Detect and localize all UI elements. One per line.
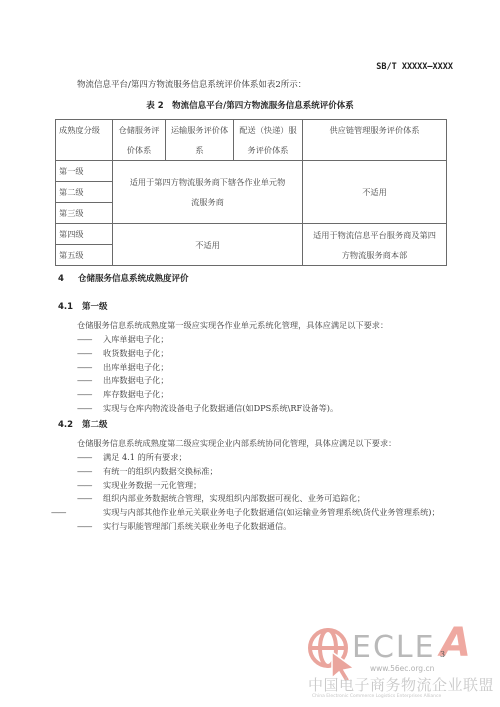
watermark-accent-letter: A [440, 620, 471, 666]
list-item: ——实现与仓库内物流设备电子化数据通信(如DPS系统\RF设备等)。 [77, 402, 338, 416]
header-delivery: 配送（快递）服务评价体系 [234, 120, 303, 161]
section-4-heading: 4仓储服务信息系统成熟度评价 [58, 272, 189, 284]
dash-marker: —— [77, 374, 103, 388]
cell-levels-4-5-service: 不适用 [113, 224, 303, 266]
dash-marker: —— [77, 451, 103, 465]
section-4-2-heading: 4.2第二级 [58, 418, 108, 430]
evaluation-table: 成熟度分级 仓储服务评价体系 运输服务评价体系 配送（快递）服务评价体系 供应链… [55, 119, 447, 266]
list-item: ——组织内部业务数据统合管理，实现组织内部数据可视化、业务可追踪化； [77, 492, 473, 506]
list-item: ——实现业务数据一元化管理； [77, 479, 473, 493]
section-title: 仓储服务信息系统成熟度评价 [78, 274, 189, 284]
intro-paragraph: 物流信息平台/第四方物流服务信息系统评价体系如表2所示： [77, 78, 306, 90]
table-row: 第四级 不适用 适用于物流信息平台服务商及第四方物流服务商本部 [56, 224, 447, 245]
list-item: ——收货数据电子化； [77, 347, 338, 361]
list-item: ——库存数据电子化； [77, 388, 338, 402]
section-4-1-requirements: ——入库单据电子化； ——收货数据电子化； ——出库单据电子化； ——出库数据电… [77, 333, 338, 416]
list-item: ——出库数据电子化； [77, 374, 338, 388]
level-4: 第四级 [56, 224, 113, 245]
watermark-url: www.56ec.org.cn [370, 664, 434, 673]
section-number: 4 [58, 274, 78, 284]
subsection-title: 第一级 [82, 302, 108, 312]
dash-marker: —— [77, 506, 103, 520]
subsection-number: 4.1 [58, 302, 82, 312]
section-4-1-heading: 4.1第一级 [58, 300, 108, 312]
subsection-title: 第二级 [82, 420, 108, 430]
section-4-2-lead: 仓储服务信息系统成熟度第二级应实现企业内部系统协同化管理，具体应满足以下要求： [77, 437, 396, 451]
page-number: 3 [440, 650, 445, 659]
dash-marker: —— [77, 333, 103, 347]
list-item: ——满足 4.1 的所有要求； [77, 451, 473, 465]
section-4-1-lead: 仓储服务信息系统成熟度第一级应实现各作业单元系统化管理，具体应满足以下要求： [77, 319, 388, 333]
dash-marker: —— [77, 465, 103, 479]
dash-marker: —— [77, 492, 103, 506]
header-warehouse: 仓储服务评价体系 [113, 120, 166, 161]
table-caption: 表 2 物流信息平台/第四方物流服务信息系统评价体系 [0, 99, 500, 111]
cell-levels-1-3-supply-chain: 不适用 [303, 161, 447, 224]
cell-levels-4-5-supply-chain: 适用于物流信息平台服务商及第四方物流服务商本部 [303, 224, 447, 266]
list-item: ——实行与职能管理部门系统关联业务电子化数据通信。 [77, 520, 473, 534]
dash-marker: —— [77, 479, 103, 493]
dash-marker: —— [77, 388, 103, 402]
section-4-2-requirements: ——满足 4.1 的所有要求； ——有统一的组织内数据交换标准； ——实现业务数… [77, 451, 473, 534]
subsection-number: 4.2 [58, 420, 82, 430]
list-item: ——入库单据电子化； [77, 333, 338, 347]
header-transport: 运输服务评价体系 [166, 120, 234, 161]
dash-marker: —— [77, 347, 103, 361]
header-maturity-level: 成熟度分级 [56, 120, 113, 161]
watermark-letters: ECLE [352, 630, 436, 665]
level-3: 第三级 [56, 203, 113, 224]
level-2: 第二级 [56, 182, 113, 203]
header-supply-chain: 供应链管理服务评价体系 [303, 120, 447, 161]
dash-marker: —— [77, 402, 103, 416]
standard-code: SB/T XXXXX—XXXX [376, 62, 453, 72]
table-row: 第一级 适用于第四方物流服务商下辖各作业单元物流服务商 不适用 [56, 161, 447, 182]
level-1: 第一级 [56, 161, 113, 182]
watermark-name-en: China Electronic Commerce Logistics Ente… [312, 694, 441, 699]
watermark-name-cn: 中国电子商务物流企业联盟 [308, 674, 494, 695]
list-item: ——有统一的组织内数据交换标准； [77, 465, 473, 479]
dash-marker: —— [77, 361, 103, 375]
ecle-watermark: ECLE A www.56ec.org.cn 中国电子商务物流企业联盟 Chin… [300, 620, 500, 707]
dash-marker: —— [77, 520, 103, 534]
cell-levels-1-3-service: 适用于第四方物流服务商下辖各作业单元物流服务商 [113, 161, 303, 224]
list-item: ——出库单据电子化； [77, 361, 338, 375]
table-header-row: 成熟度分级 仓储服务评价体系 运输服务评价体系 配送（快递）服务评价体系 供应链… [56, 120, 447, 161]
list-item: ——实现与内部其他作业单元关联业务电子化数据通信(如运输业务管理系统\货代业务管… [77, 506, 473, 520]
level-5: 第五级 [56, 245, 113, 266]
